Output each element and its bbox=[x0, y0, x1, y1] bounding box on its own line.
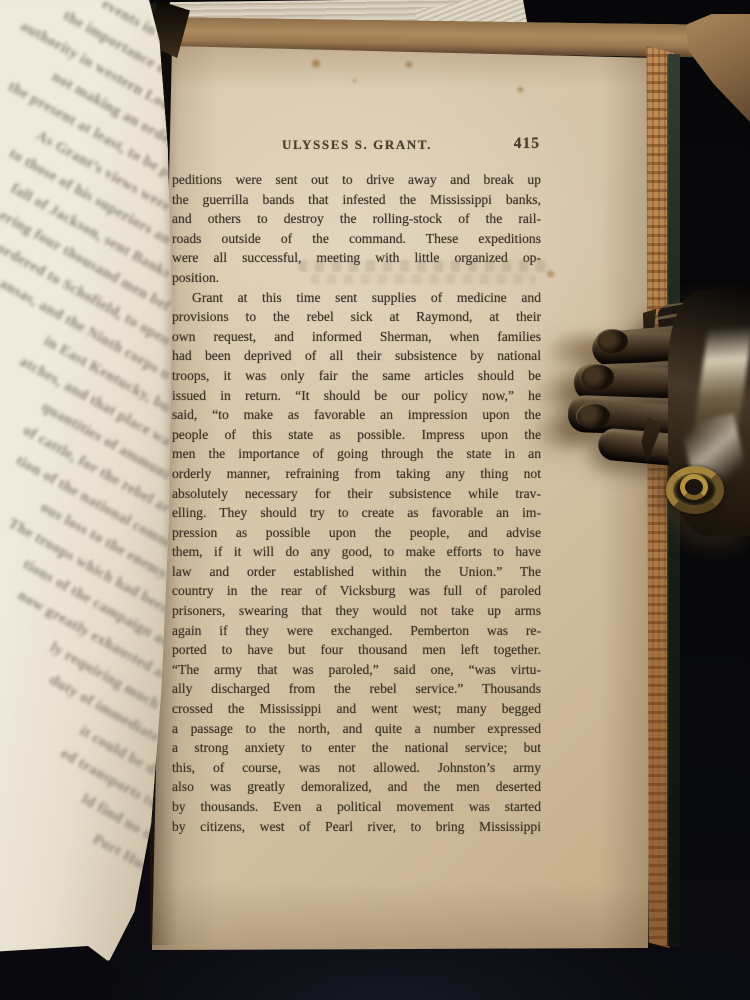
text-line: issued in return. “It should be our poli… bbox=[172, 386, 541, 406]
text-line: own request, and informed Sherman, when … bbox=[172, 327, 541, 347]
running-header: ULYSSES S. GRANT. 415 bbox=[172, 137, 542, 153]
text-line: had been deprived of all their subsisten… bbox=[172, 346, 541, 366]
left-page: going to wevents in Kthe importance ofau… bbox=[0, 0, 174, 970]
text-line: ally discharged from the rebel service.”… bbox=[172, 679, 541, 699]
text-line: and others to destroy the rolling-stock … bbox=[172, 209, 541, 229]
page-number: 415 bbox=[514, 135, 540, 153]
text-line: troops, it was only fair the same articl… bbox=[172, 366, 541, 386]
foxing-spot bbox=[311, 59, 321, 68]
bottom-left-shadow bbox=[0, 946, 160, 1000]
foxing-spot bbox=[405, 61, 413, 68]
hand-fingertip-nail bbox=[576, 403, 610, 429]
ink-showthrough bbox=[298, 260, 550, 272]
text-line: by citizens, west of Pearl river, to bri… bbox=[172, 817, 541, 837]
text-line: pression as possible upon the people, an… bbox=[172, 523, 541, 543]
hand-page-holder bbox=[540, 268, 750, 568]
brass-ring-inner bbox=[680, 474, 708, 500]
text-line: elling. They should try to create as fav… bbox=[172, 503, 541, 523]
text-line: this, of course, was not allowed. Johnst… bbox=[172, 758, 541, 778]
top-book-cover-corner bbox=[686, 14, 750, 122]
text-line: also was greatly demoralized, and the me… bbox=[172, 777, 541, 797]
text-line: prisoners, swearing that they would not … bbox=[172, 601, 541, 621]
text-line: crossed the Mississippi and went west; m… bbox=[172, 699, 541, 719]
foxing-spot bbox=[352, 78, 357, 83]
text-line: Grant at this time sent supplies of medi… bbox=[172, 288, 541, 308]
book-photograph: ULYSSES S. GRANT. 415 peditions were sen… bbox=[0, 0, 750, 1000]
foxing-spot bbox=[517, 86, 524, 93]
text-line: people of this state as possible. Impres… bbox=[172, 425, 541, 445]
text-line: absolutely necessary for their subsisten… bbox=[172, 484, 541, 504]
hand-fingertip-nail bbox=[596, 329, 628, 353]
running-header-text: ULYSSES S. GRANT. bbox=[282, 137, 432, 152]
text-line: a strong anxiety to enter the national s… bbox=[172, 738, 541, 758]
text-line: said, “to make as favorable an impressio… bbox=[172, 405, 541, 425]
text-line: by thousands. Even a political movement … bbox=[172, 797, 541, 817]
text-line: again if they were exchanged. Pemberton … bbox=[172, 621, 541, 641]
text-line: provisions to the rebel sick at Raymond,… bbox=[172, 307, 541, 327]
text-line: roads outside of the command. These expe… bbox=[172, 229, 541, 249]
text-line: them, if it will do any good, to make ef… bbox=[172, 542, 541, 562]
text-line: country in the rear of Vicksburg was ful… bbox=[172, 581, 541, 601]
text-line: orderly manner, refraining from taking a… bbox=[172, 464, 541, 484]
text-line: the guerrilla bands that infested the Mi… bbox=[172, 190, 541, 210]
text-line: a passage to the north, and quite a numb… bbox=[172, 719, 541, 739]
text-line: law and order established within the Uni… bbox=[172, 562, 541, 582]
text-line: “The army that was paroled,” said one, “… bbox=[172, 660, 541, 680]
text-line: men the importance of going through the … bbox=[172, 444, 541, 464]
ink-showthrough bbox=[310, 274, 536, 284]
hand-fingertip-nail bbox=[580, 364, 614, 390]
text-line: peditions were sent out to drive away an… bbox=[172, 170, 541, 190]
text-line: ported to have but four thousand men lef… bbox=[172, 640, 541, 660]
